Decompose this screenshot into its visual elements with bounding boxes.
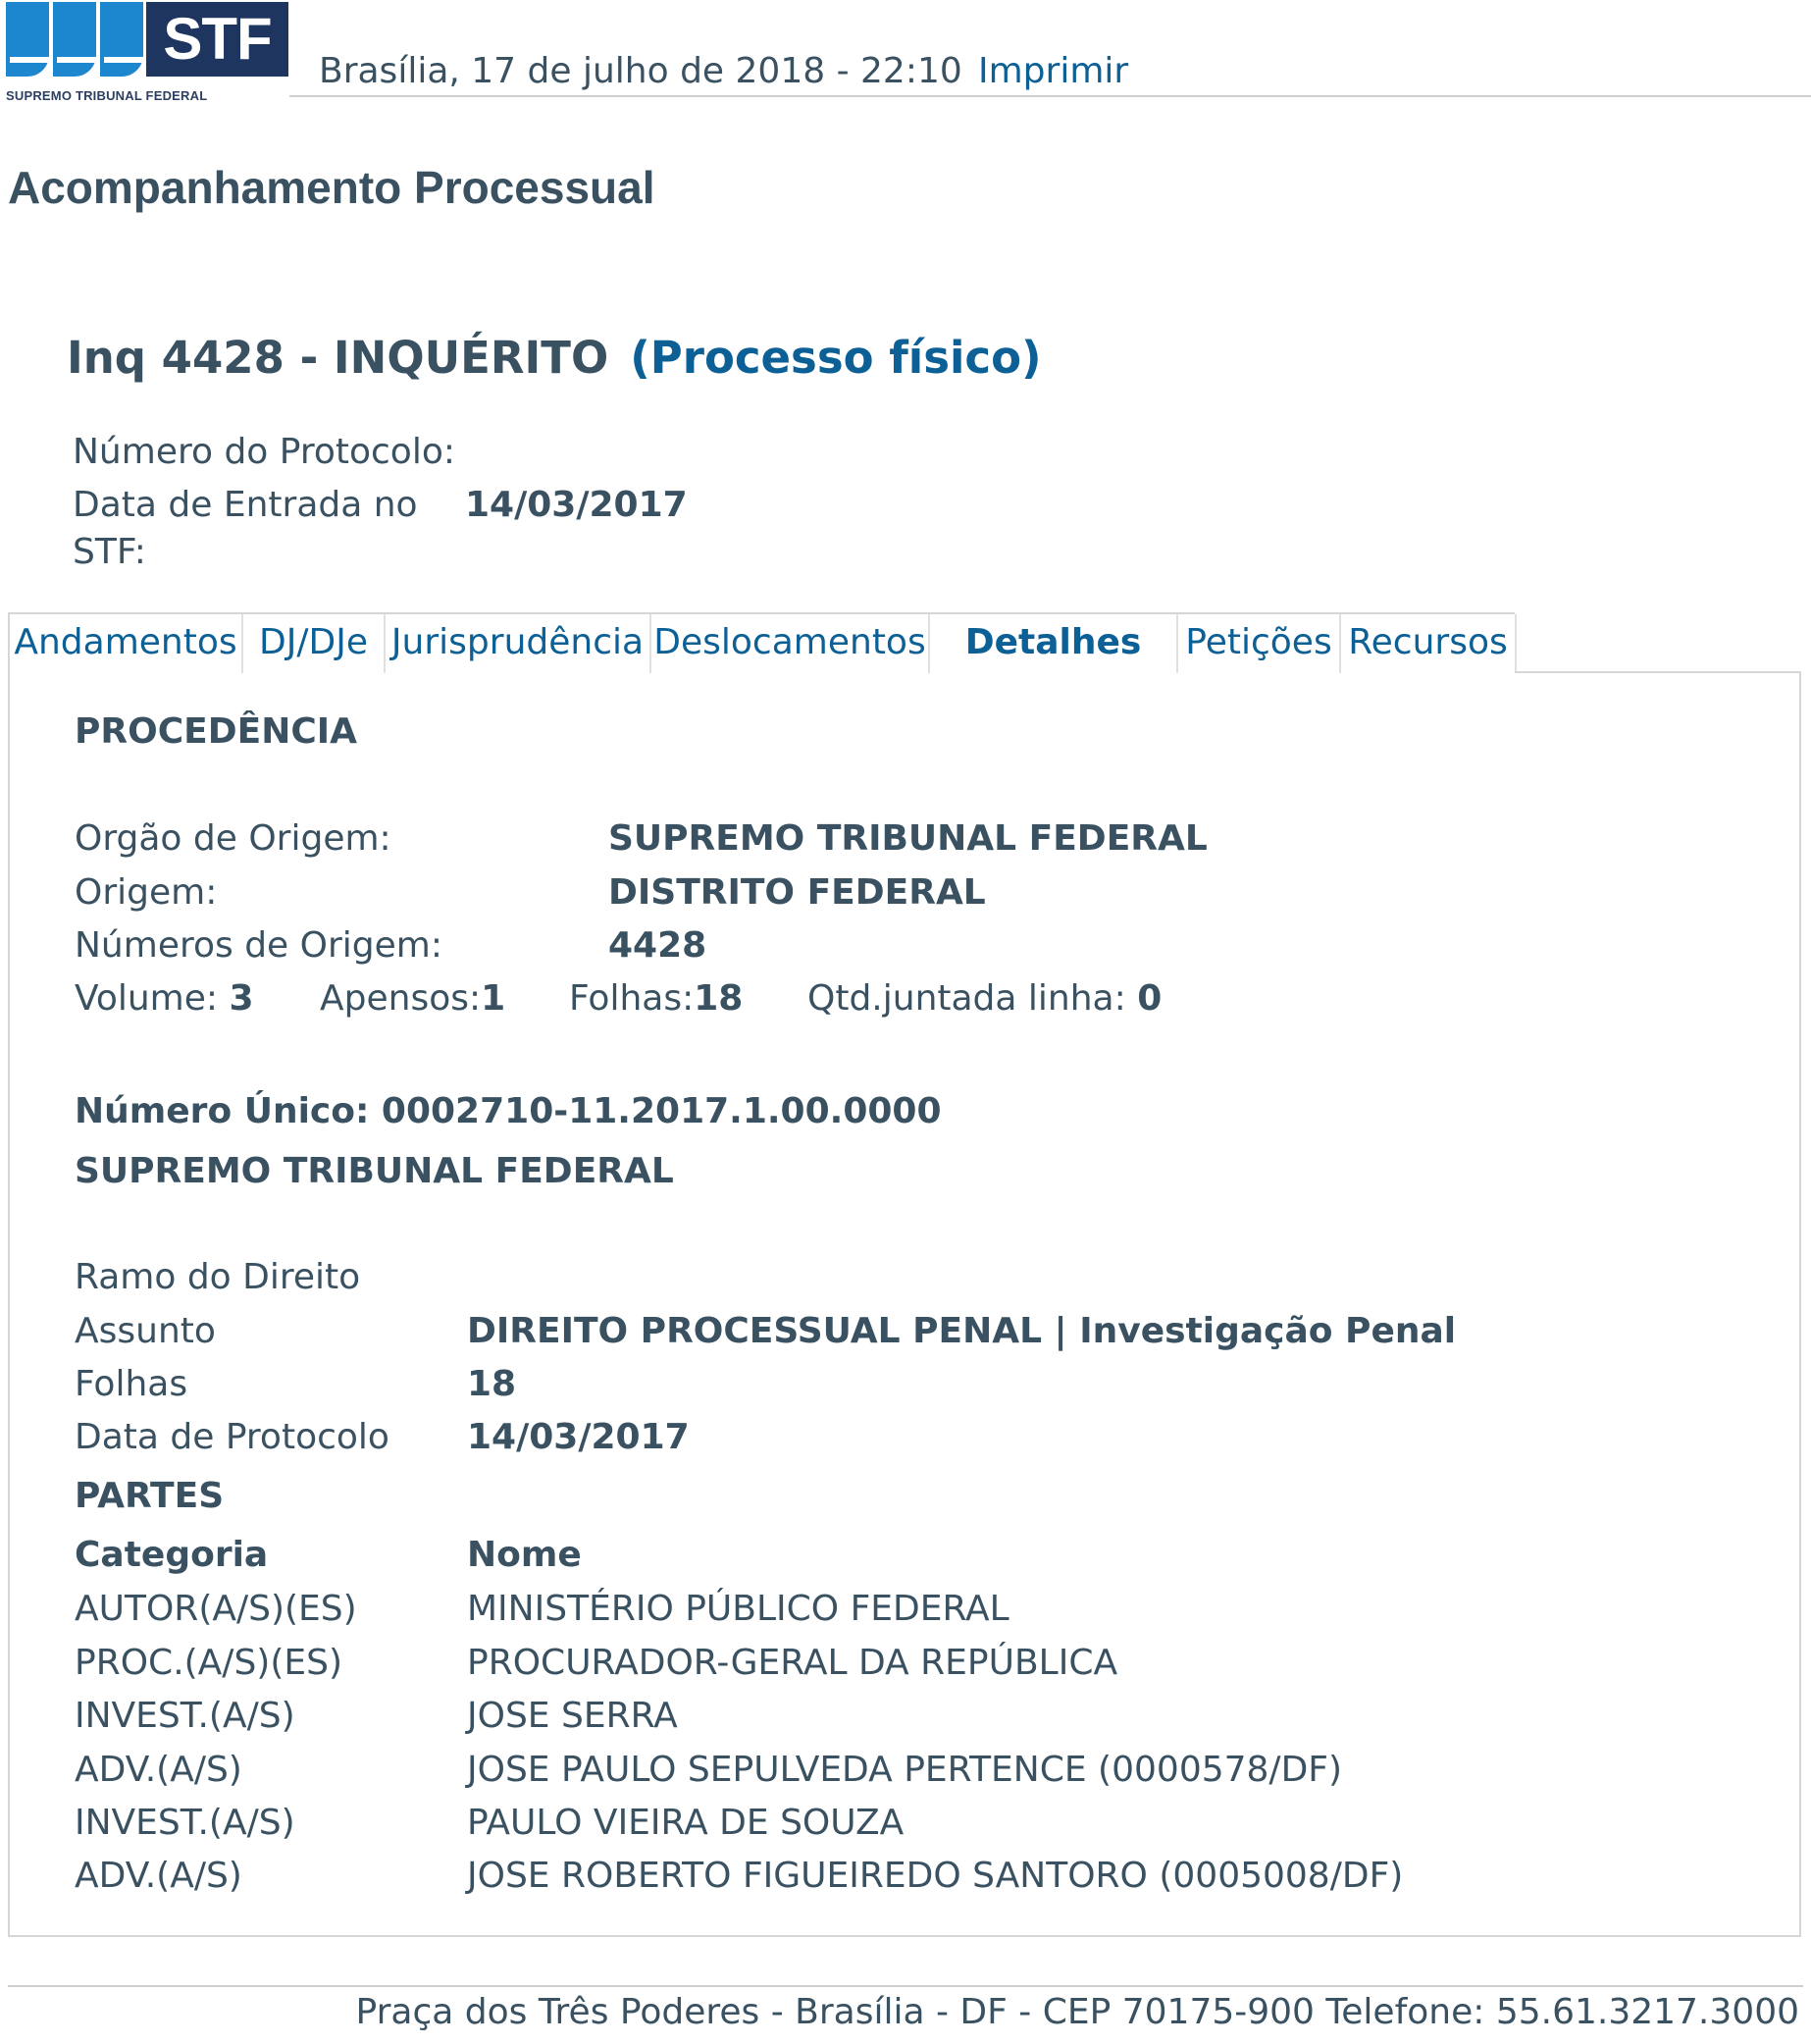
data-protocolo-value: 14/03/2017 [467,1417,690,1457]
tab-bar: Andamentos DJ/DJe Jurisprudência Desloca… [8,612,1515,673]
numeros-origem-value: 4428 [608,925,706,966]
parte-nome: MINISTÉRIO PÚBLICO FEDERAL [467,1589,1009,1629]
process-title: Inq 4428 - INQUÉRITO(Processo físico) [67,332,1042,384]
volume-value: 3 [229,978,253,1019]
parte-categoria: AUTOR(A/S)(ES) [75,1589,357,1629]
page-title: Acompanhamento Processual [8,161,655,214]
parte-categoria: ADV.(A/S) [75,1750,242,1790]
orgao-origem-value: SUPREMO TRIBUNAL FEDERAL [608,818,1208,859]
logo-column-1 [6,2,49,77]
tab-andamentos[interactable]: Andamentos [10,614,243,673]
header-divider [289,95,1811,97]
tab-jurisprudencia[interactable]: Jurisprudência [386,614,651,673]
parte-nome: JOSE PAULO SEPULVEDA PERTENCE (0000578/D… [467,1750,1342,1790]
tab-recursos[interactable]: Recursos [1341,614,1517,673]
parte-categoria: ADV.(A/S) [75,1856,242,1896]
parte-nome: PROCURADOR-GERAL DA REPÚBLICA [467,1643,1117,1683]
process-type: (Processo físico) [630,332,1041,384]
tab-deslocamentos[interactable]: Deslocamentos [651,614,930,673]
orgao-origem-label: Orgão de Origem: [75,818,391,859]
qtd-juntada-field: Qtd.juntada linha: 0 [807,978,1162,1019]
apensos-label: Apensos: [320,978,481,1019]
parte-categoria: INVEST.(A/S) [75,1803,295,1843]
footer-divider [8,1985,1803,1987]
folhas-field: Folhas:18 [569,978,743,1019]
apensos-field: Apensos:1 [320,978,505,1019]
entry-date-label: Data de Entrada no [73,485,418,525]
ramo-direito-label: Ramo do Direito [75,1257,360,1297]
folhas-label: Folhas: [569,978,694,1019]
entry-date-value: 14/03/2017 [465,485,688,525]
origem-label: Origem: [75,872,217,913]
volume-label: Volume: [75,978,218,1019]
logo-fullname: SUPREMO TRIBUNAL FEDERAL [6,88,207,103]
partes-heading: PARTES [75,1476,224,1516]
volume-field: Volume: 3 [75,978,254,1019]
origem-value: DISTRITO FEDERAL [608,872,986,913]
protocol-number-label: Número do Protocolo: [73,432,455,472]
procedencia-heading: PROCEDÊNCIA [75,711,357,752]
apensos-value: 1 [481,978,505,1019]
footer-address: Praça dos Três Poderes - Brasília - DF -… [356,1992,1799,2032]
parte-nome: JOSE SERRA [467,1696,678,1736]
logo-column-3 [100,2,143,77]
logo-column-2 [53,2,96,77]
parte-nome: JOSE ROBERTO FIGUEIREDO SANTORO (0005008… [467,1856,1403,1896]
tab-peticoes[interactable]: Petições [1178,614,1341,673]
parte-nome: PAULO VIEIRA DE SOUZA [467,1803,904,1843]
assunto-label: Assunto [75,1311,216,1351]
details-panel [8,671,1801,1937]
numero-unico-court: SUPREMO TRIBUNAL FEDERAL [75,1151,674,1191]
data-protocolo-label: Data de Protocolo [75,1417,389,1457]
folhas-value: 18 [694,978,743,1019]
stf-logo: STF SUPREMO TRIBUNAL FEDERAL [6,2,288,106]
assunto-value: DIREITO PROCESSUAL PENAL | Investigação … [467,1311,1456,1351]
process-title-text: Inq 4428 - INQUÉRITO [67,332,608,384]
tab-detalhes[interactable]: Detalhes [930,614,1178,673]
parte-categoria: PROC.(A/S)(ES) [75,1643,342,1683]
parte-categoria: INVEST.(A/S) [75,1696,295,1736]
qtd-juntada-value: 0 [1137,978,1162,1019]
folhas-detail-label: Folhas [75,1364,187,1404]
folhas-detail-value: 18 [467,1364,516,1404]
entry-date-label-2: STF: [73,532,146,572]
numero-unico: Número Único: 0002710-11.2017.1.00.0000 [75,1091,942,1131]
qtd-juntada-label: Qtd.juntada linha: [807,978,1126,1019]
partes-col-categoria: Categoria [75,1535,268,1575]
print-link[interactable]: Imprimir [978,51,1128,91]
logo-abbr: STF [146,6,288,73]
numeros-origem-label: Números de Origem: [75,925,442,966]
header-date: Brasília, 17 de julho de 2018 - 22:10 [319,51,962,91]
partes-col-nome: Nome [467,1535,582,1575]
tab-dj-dje[interactable]: DJ/DJe [243,614,386,673]
